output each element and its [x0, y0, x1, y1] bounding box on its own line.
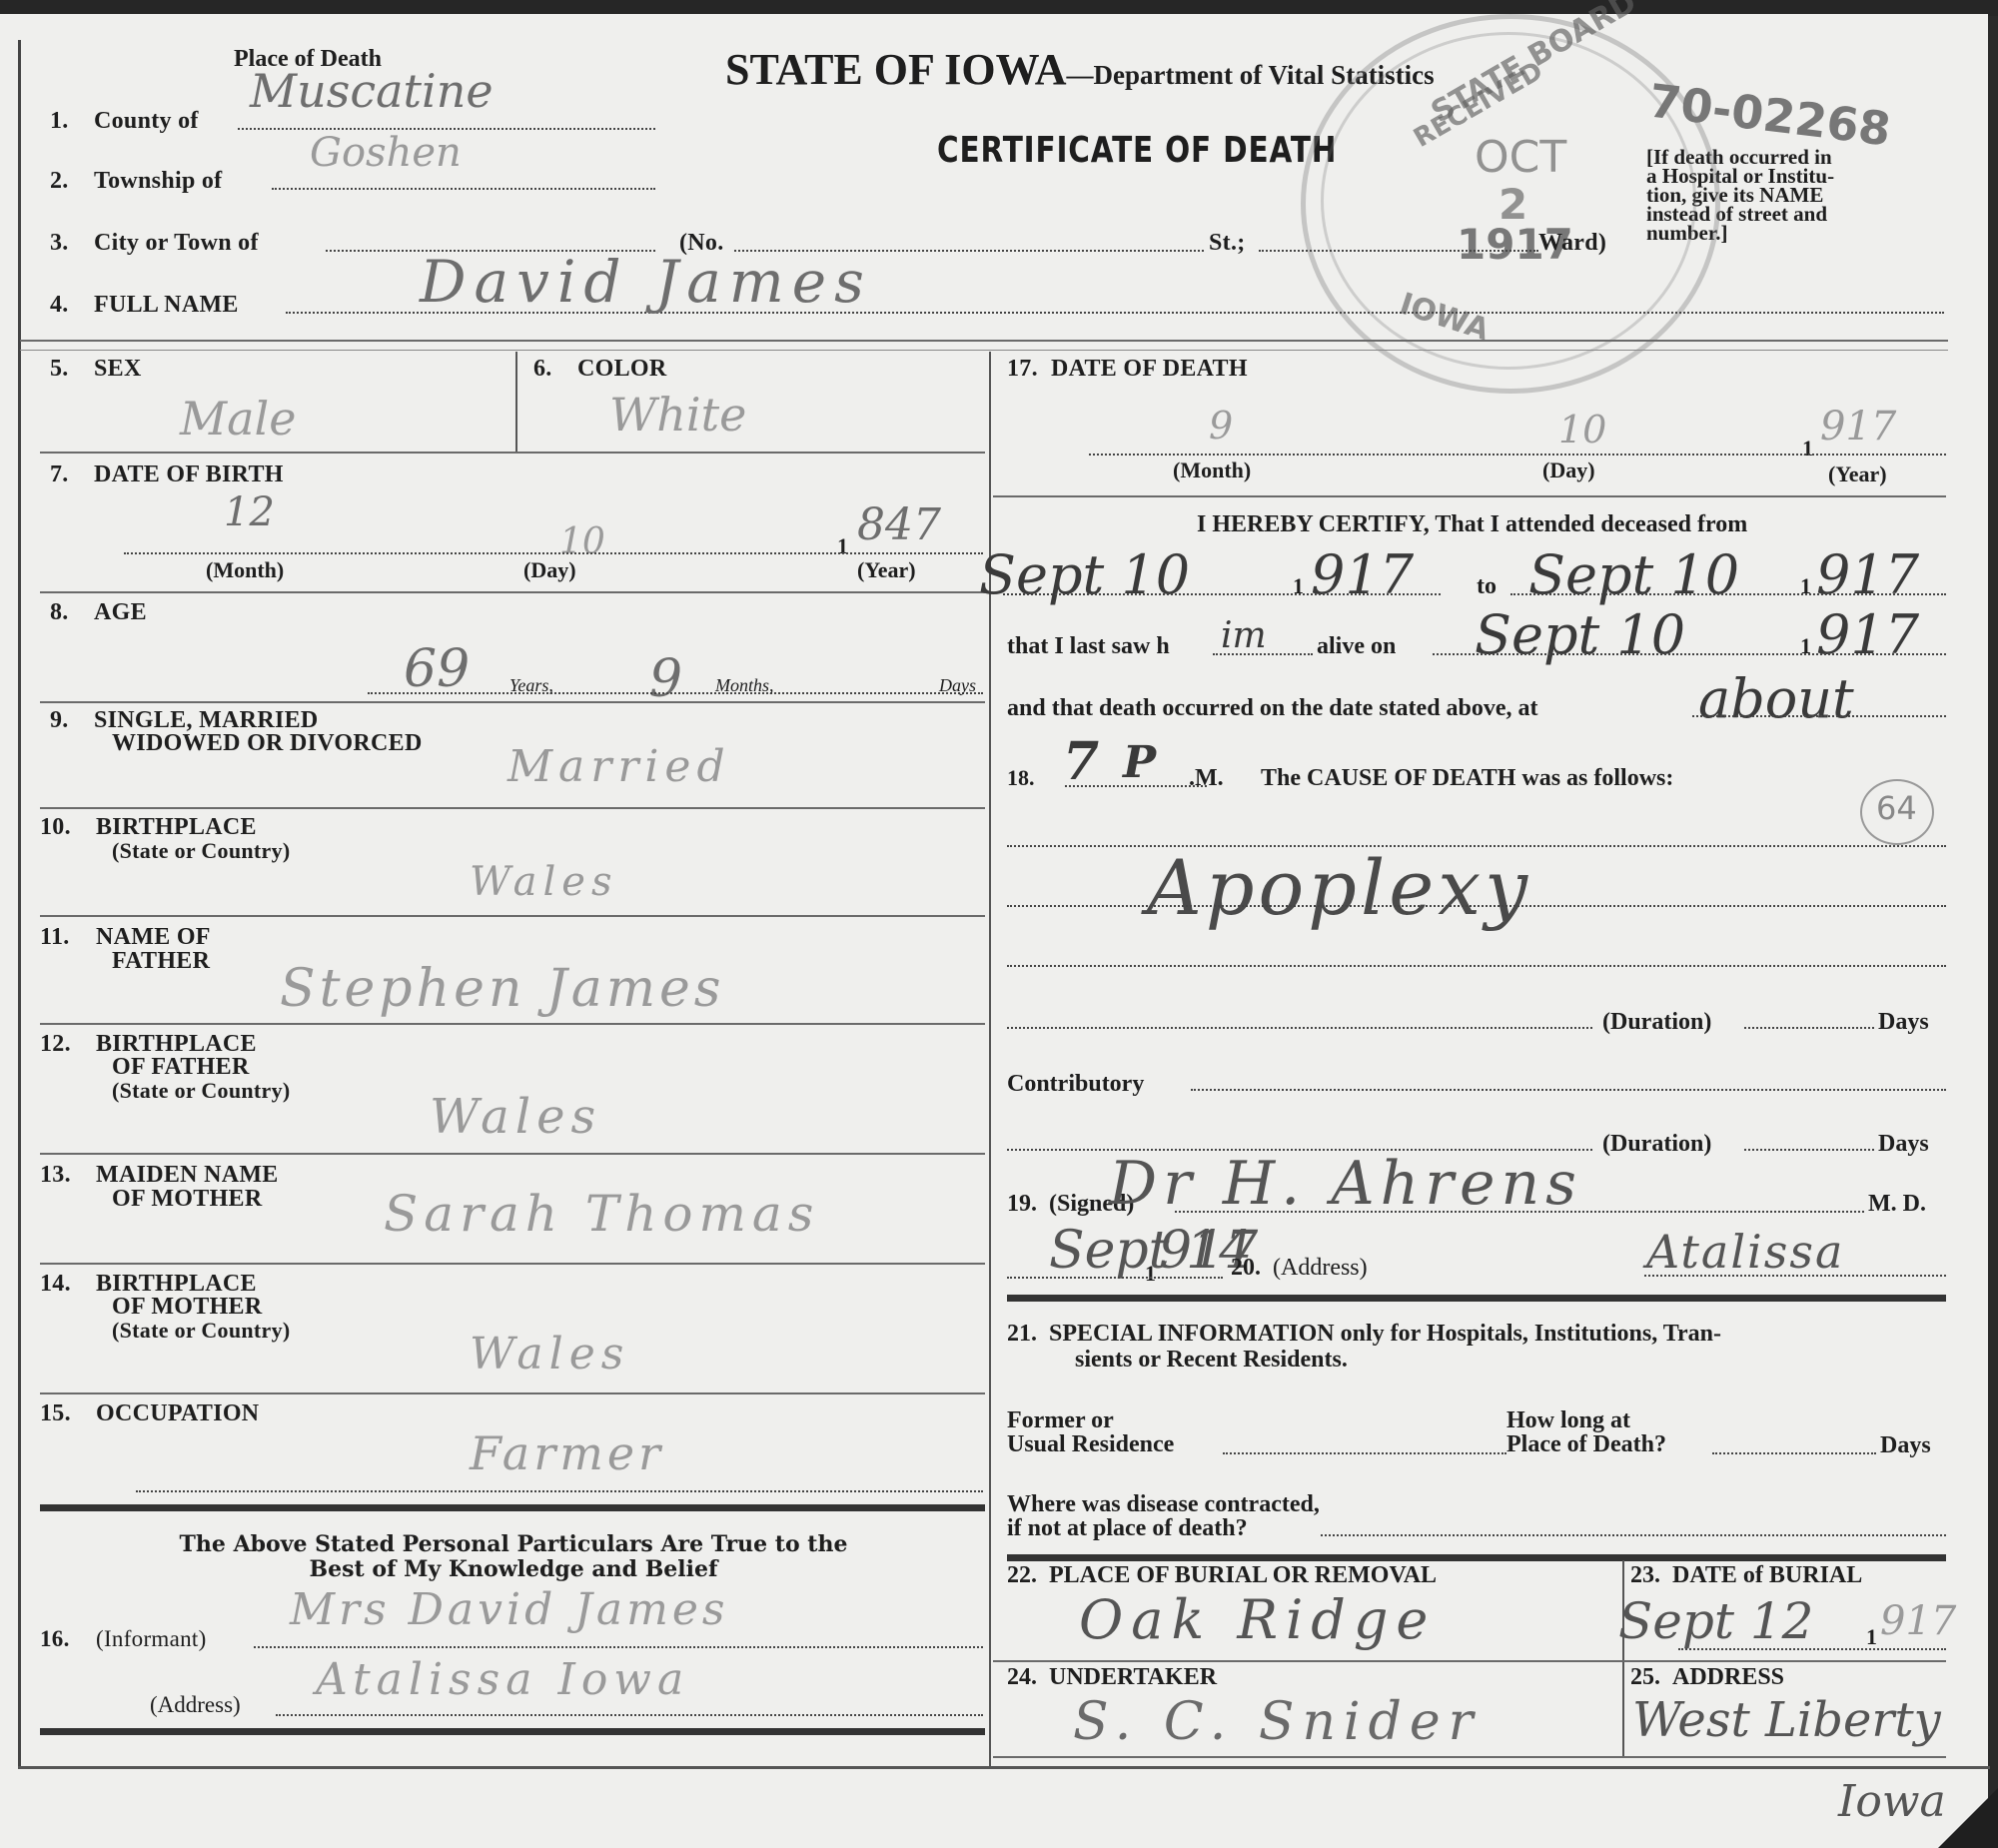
duration-label: (Duration)	[1602, 1009, 1711, 1036]
how-long-line	[1712, 1452, 1876, 1454]
bottom-frame-line	[18, 1766, 1990, 1769]
cause-of-death-label: The CAUSE OF DEATH was as follows:	[1261, 765, 1673, 792]
ward-label: Ward)	[1538, 230, 1606, 257]
from-line	[1003, 593, 1441, 595]
field-dob-label: 7.DATE OF BIRTH	[50, 462, 284, 488]
informant-address-label: (Address)	[150, 1692, 241, 1718]
township-line	[272, 188, 655, 190]
field-undertaker-label: 24. UNDERTAKER	[1007, 1664, 1217, 1691]
field-occupation-label: 15.OCCUPATION	[40, 1400, 259, 1427]
time-qualifier[interactable]: about	[1698, 667, 1854, 730]
field-city-label: 3.City or Town of	[50, 230, 259, 257]
divider	[40, 701, 985, 703]
father-birthplace-value[interactable]: Wales	[430, 1089, 601, 1145]
pronoun-line	[1213, 653, 1313, 655]
undertaker-value[interactable]: S. C. Snider	[1073, 1692, 1481, 1752]
last-seen-line	[1433, 653, 1946, 655]
former-residence-label: Former or Usual Residence	[1007, 1408, 1174, 1456]
caption: (Year)	[857, 557, 916, 583]
divider	[40, 1392, 985, 1394]
county-value[interactable]: Muscatine	[250, 64, 494, 118]
mother-name-value[interactable]: Sarah Thomas	[384, 1185, 819, 1243]
special-info-label: 21. SPECIAL INFORMATION only for Hospita…	[1007, 1321, 1721, 1348]
field-mother-name-label: 13.MAIDEN NAME OF MOTHER	[40, 1163, 279, 1211]
year-prefix: 1	[1145, 1261, 1156, 1287]
divider	[40, 1263, 985, 1265]
last-seen-date[interactable]: Sept 10	[1475, 603, 1685, 666]
divider	[40, 452, 985, 454]
color-value[interactable]: White	[609, 388, 746, 442]
burial-column-divider	[1622, 1560, 1624, 1756]
death-hour[interactable]: 7	[1063, 731, 1099, 792]
field-father-birthplace-label: 12.BIRTHPLACE OF FATHER (State or Countr…	[40, 1033, 291, 1102]
marital-value[interactable]: Married	[507, 741, 731, 792]
street-line	[1259, 250, 1538, 252]
physician-address-value[interactable]: Atalissa	[1646, 1225, 1844, 1279]
how-long-label: How long at Place of Death?	[1506, 1408, 1666, 1456]
days-label: Days	[1878, 1131, 1929, 1158]
alive-on-text: alive on	[1317, 633, 1396, 660]
year-prefix: 1	[1866, 1624, 1877, 1650]
sex-value[interactable]: Male	[180, 392, 296, 446]
thick-divider	[1007, 1295, 1946, 1302]
cause-of-death-value[interactable]: Apoplexy	[1147, 843, 1531, 932]
dob-day[interactable]: 10	[559, 521, 605, 562]
dob-year-prefix: 1	[837, 533, 848, 559]
field-marital-label: 9.SINGLE, MARRIED WIDOWED OR DIVORCED	[50, 709, 423, 755]
caption: (Day)	[523, 557, 576, 583]
former-residence-line	[1223, 1452, 1506, 1454]
burial-date-value[interactable]: Sept 12	[1618, 1592, 1813, 1650]
death-month[interactable]: 9	[1209, 404, 1233, 448]
attestation-text: The Above Stated Personal Particulars Ar…	[84, 1532, 943, 1582]
contributory-label: Contributory	[1007, 1071, 1144, 1098]
caption: (Day)	[1542, 458, 1595, 483]
last-saw-text: that I last saw h	[1007, 633, 1170, 660]
days-label: Days	[1880, 1432, 1931, 1459]
thick-divider	[40, 1728, 985, 1735]
year-prefix: 1	[1293, 573, 1304, 599]
informant-value[interactable]: Mrs David James	[290, 1584, 728, 1635]
cause-line	[1007, 965, 1946, 967]
informant-address-value[interactable]: Atalissa Iowa	[316, 1654, 689, 1705]
attended-from-year[interactable]: 917	[1311, 543, 1414, 606]
age-years[interactable]: 69	[404, 639, 470, 699]
thick-divider	[1007, 1554, 1946, 1561]
field-burial-date-label: 23. DATE of BURIAL	[1630, 1562, 1862, 1589]
physician-address-label: 20. (Address)	[1231, 1255, 1368, 1282]
days-label: Days	[1878, 1009, 1929, 1036]
mother-birthplace-value[interactable]: Wales	[470, 1329, 629, 1380]
death-year[interactable]: 917	[1820, 404, 1896, 450]
undertaker-address-value-2[interactable]: Iowa	[1838, 1776, 1946, 1827]
m-label: .M.	[1189, 765, 1224, 792]
duration-label: (Duration)	[1602, 1131, 1711, 1158]
field-sex-label: 5.SEX	[50, 356, 142, 383]
age-line	[368, 692, 983, 694]
left-frame-line	[18, 40, 21, 1768]
divider	[20, 350, 1948, 351]
field-county-label: 1.County of	[50, 108, 199, 135]
divider	[40, 1153, 985, 1155]
certificate-title: CERTIFICATE OF DEATH	[937, 130, 1337, 171]
field-full-name-label: 4.FULL NAME	[50, 292, 239, 319]
attended-from-date[interactable]: Sept 10	[979, 543, 1190, 606]
thick-divider	[40, 1504, 985, 1511]
caption: Days	[939, 675, 976, 696]
where-contracted-label: Where was disease contracted, if not at …	[1007, 1492, 1320, 1540]
caption: (Month)	[1173, 458, 1251, 483]
field-date-of-death-label: 17.DATE OF DEATH	[1007, 356, 1248, 383]
caption: (Month)	[206, 557, 284, 583]
divider	[993, 1660, 1946, 1662]
divider	[40, 591, 985, 593]
cause-line	[1007, 905, 1946, 907]
field-father-name-label: 11.NAME OF FATHER	[40, 925, 211, 973]
cause-code: 64	[1876, 789, 1917, 827]
field-color-label: 6.COLOR	[533, 356, 667, 383]
township-value[interactable]: Goshen	[310, 130, 462, 176]
physician-signature[interactable]: Dr H. Ahrens	[1109, 1149, 1582, 1219]
year-prefix: 1	[1800, 633, 1811, 659]
field-township-label: 2.Township of	[50, 168, 222, 195]
divider	[20, 340, 1948, 342]
informant-line	[254, 1646, 983, 1648]
death-day[interactable]: 10	[1558, 408, 1606, 452]
divider	[40, 915, 985, 917]
attended-to-date[interactable]: Sept 10	[1528, 543, 1739, 606]
duration-line	[1744, 1149, 1874, 1151]
burial-year-value[interactable]: 917	[1880, 1598, 1956, 1644]
field-18-number: 18.	[1007, 765, 1035, 791]
divider	[40, 1023, 985, 1025]
full-name-value[interactable]: David James	[420, 248, 872, 316]
physician-address-line	[1644, 1275, 1946, 1277]
date-of-death-line	[1089, 454, 1946, 456]
divider	[993, 1756, 1946, 1758]
death-meridiem[interactable]: P	[1123, 737, 1156, 788]
dob-month[interactable]: 12	[224, 489, 275, 535]
to-line	[1510, 593, 1946, 595]
signature-line	[1175, 1211, 1864, 1213]
informant-label: 16.(Informant)	[40, 1626, 207, 1652]
year-prefix: 1	[1800, 573, 1811, 599]
state-title: STATE OF IOWA	[725, 45, 1066, 94]
divider	[993, 495, 1946, 497]
to-label: to	[1477, 573, 1497, 600]
caption: Months,	[715, 675, 774, 696]
age-months[interactable]: 9	[649, 649, 682, 709]
attended-to-year[interactable]: 917	[1816, 543, 1919, 606]
md-label: M. D.	[1868, 1191, 1926, 1218]
field-birthplace-label: 10.BIRTHPLACE (State or Country)	[40, 815, 291, 863]
time-qualifier-line	[1692, 715, 1946, 717]
last-seen-year[interactable]: 917	[1816, 603, 1919, 666]
field-age-label: 8.AGE	[50, 599, 147, 626]
burial-place-value[interactable]: Oak Ridge	[1079, 1588, 1436, 1651]
death-year-prefix: 1	[1802, 436, 1813, 462]
contributory-line	[1191, 1089, 1946, 1091]
sex-color-divider	[515, 352, 517, 452]
field-mother-birthplace-label: 14.BIRTHPLACE OF MOTHER (State or Countr…	[40, 1273, 291, 1342]
certify-statement: I HEREBY CERTIFY, That I attended deceas…	[1197, 511, 1747, 538]
caption: (Year)	[1828, 462, 1887, 487]
divider	[40, 807, 985, 809]
street-label: St.;	[1209, 230, 1246, 257]
duration-line	[1744, 1027, 1874, 1029]
field-undertaker-address-label: 25. ADDRESS	[1630, 1664, 1784, 1691]
certificate-header: STATE OF IOWA—Department of Vital Statis…	[725, 44, 1435, 95]
occupation-line	[136, 1490, 983, 1492]
cause-line	[1007, 1027, 1592, 1029]
dob-year[interactable]: 847	[857, 499, 941, 550]
birthplace-value[interactable]: Wales	[470, 859, 617, 905]
caption: Years,	[509, 675, 553, 696]
dob-line	[124, 552, 983, 554]
where-contracted-line	[1321, 1534, 1946, 1536]
signed-date-line	[1007, 1277, 1223, 1279]
stamp-month: OCT	[1475, 132, 1566, 183]
pronoun-value[interactable]: im	[1221, 615, 1267, 656]
father-name-value[interactable]: Stephen James	[280, 959, 724, 1019]
field-burial-place-label: 22. PLACE OF BURIAL OR REMOVAL	[1007, 1562, 1437, 1589]
occupation-value[interactable]: Farmer	[470, 1426, 664, 1480]
undertaker-address-value[interactable]: West Liberty	[1632, 1692, 1941, 1748]
burial-date-line	[1678, 1648, 1946, 1650]
hour-line	[1065, 785, 1207, 787]
informant-address-line	[276, 1714, 983, 1716]
special-info-label-2: sients or Recent Residents.	[1075, 1347, 1348, 1374]
death-occurred-text: and that death occurred on the date stat…	[1007, 695, 1538, 722]
